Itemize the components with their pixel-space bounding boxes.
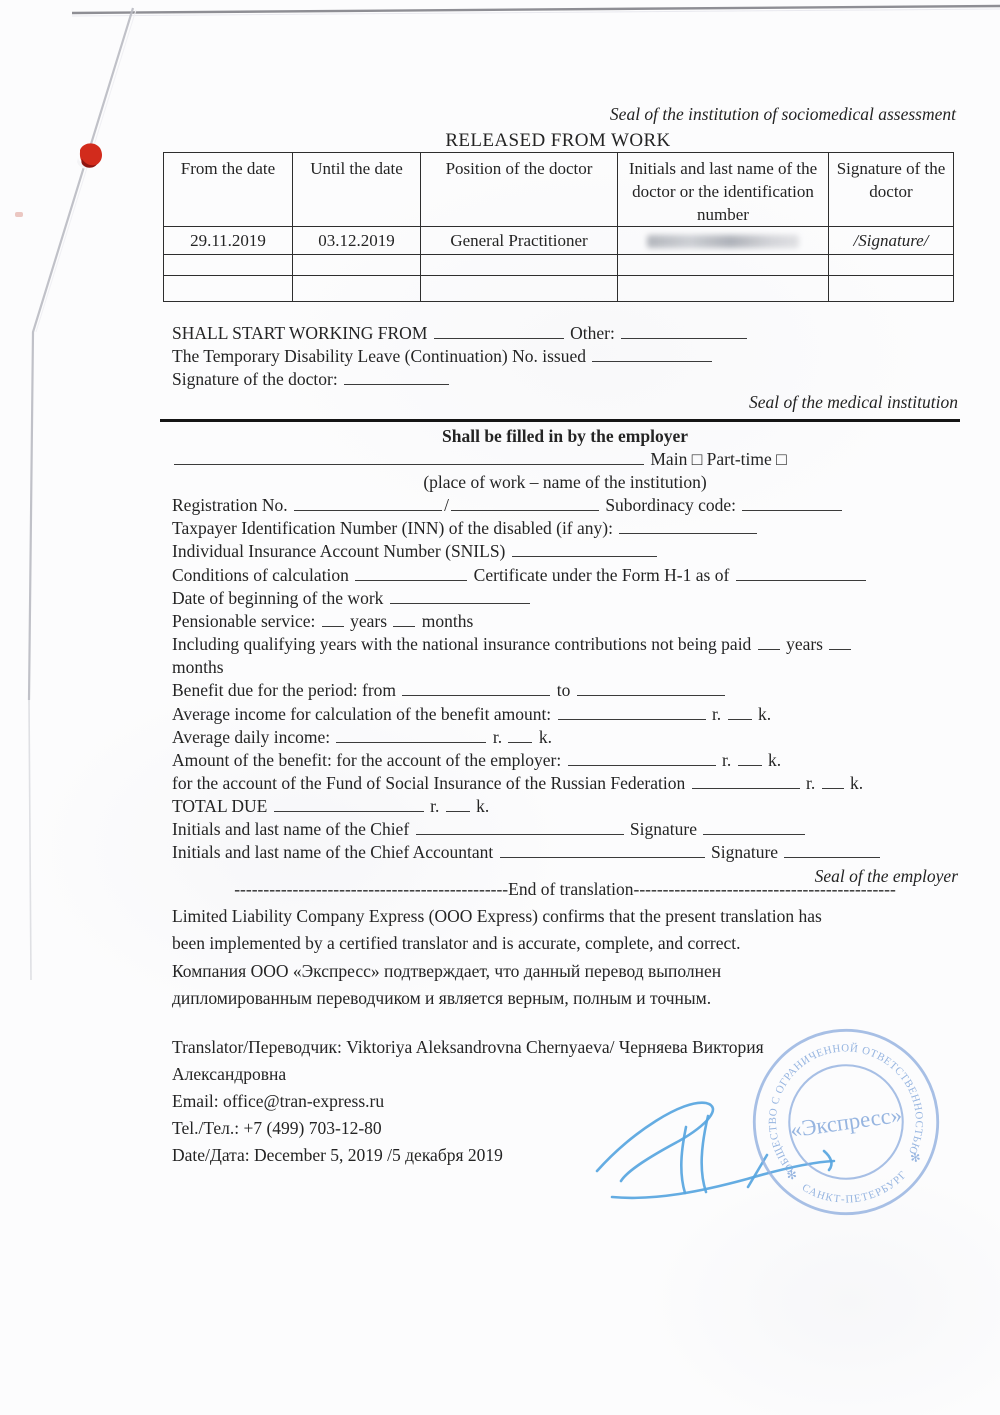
text-segment: Shall be filled in by the employer (442, 426, 688, 446)
text-segment: ----------------------------------------… (234, 879, 896, 899)
text-segment: k. (534, 727, 552, 747)
blank-field (784, 844, 880, 858)
text-segment: Email: office@tran-express.ru (172, 1091, 384, 1111)
blank-field (512, 543, 657, 557)
form-line: Registration No. / Subordinacy code: (172, 494, 958, 517)
table-cell: 29.11.2019 (164, 227, 293, 255)
form-line: Conditions of calculation Certificate un… (172, 564, 958, 587)
text-segment: Subordinacy code: (601, 495, 740, 515)
blank-field (451, 497, 599, 511)
table-cell: /Signature/ (829, 227, 954, 255)
blank-field (393, 613, 415, 627)
blank-field (619, 520, 757, 534)
text-segment: Limited Liability Company Express (OOO E… (172, 906, 822, 926)
form-line: Average daily income: r. k. (172, 726, 958, 749)
form-line: for the account of the Fund of Social In… (172, 772, 958, 795)
text-segment: Average income for calculation of the be… (172, 704, 556, 724)
text-segment: Conditions of calculation (172, 565, 353, 585)
released-table: From the dateUntil the datePosition of t… (163, 152, 954, 302)
table-header-cell: Until the date (293, 153, 421, 227)
form-line: Shall be filled in by the employer (172, 425, 958, 448)
blank-field (322, 613, 344, 627)
blank-field (558, 706, 706, 720)
text-segment: Average daily income: (172, 727, 334, 747)
form-line: Initials and last name of the Chief Sign… (172, 818, 958, 841)
form-line: Limited Liability Company Express (OOO E… (172, 903, 958, 930)
table-cell (618, 276, 829, 302)
stamp-ring-bottom-text: САНКТ-ПЕТЕРБУРГ (799, 1167, 913, 1212)
text-segment: Other: (566, 323, 619, 343)
form-line: Taxpayer Identification Number (INN) of … (172, 517, 958, 540)
blank-field (692, 775, 800, 789)
form-line: TOTAL DUE r. k. (172, 795, 958, 818)
form-line: Date of beginning of the work (172, 587, 958, 610)
blank-field (738, 752, 762, 766)
blank-field (294, 497, 442, 511)
form-line: Pensionable service: years months (172, 610, 958, 633)
text-segment: Certificate under the Form H-1 as of (469, 565, 733, 585)
text-segment: Initials and last name of the Chief (172, 819, 414, 839)
form-line: Benefit due for the period: from to (172, 679, 958, 702)
stamp-star-right-icon: ✻ (909, 1150, 921, 1165)
blank-field (592, 348, 712, 362)
text-segment: months (417, 611, 473, 631)
text-segment: months (172, 657, 224, 677)
form-line: SHALL START WORKING FROM Other: (172, 322, 958, 345)
table-row (164, 276, 954, 302)
form-line: months (172, 656, 958, 679)
page-top-edge (72, 6, 1000, 13)
blank-field (390, 590, 530, 604)
table-row (164, 255, 954, 276)
form-block: SHALL START WORKING FROM Other: The Temp… (172, 322, 958, 888)
form-line: Компания ООО «Экспресс» подтверждает, чт… (172, 958, 958, 985)
table-header-cell: Position of the doctor (421, 153, 618, 227)
pink-speck (15, 212, 23, 217)
blank-field (508, 729, 532, 743)
blank-field (344, 371, 449, 385)
table-header-row: From the dateUntil the datePosition of t… (164, 153, 954, 227)
form-line: дипломированным переводчиком и является … (172, 985, 958, 1012)
table-cell (421, 255, 618, 276)
express-stamp: ОБЩЕСТВО С ОГРАНИЧЕННОЙ ОТВЕТСТВЕННОСТЬЮ… (729, 1005, 964, 1240)
text-segment: / (444, 495, 449, 515)
text-segment: r. (426, 796, 444, 816)
text-segment: k. (764, 750, 782, 770)
form-line: Signature of the doctor: (172, 368, 958, 391)
blank-field (728, 706, 752, 720)
blank-field (568, 752, 716, 766)
text-segment: r. (718, 750, 736, 770)
table-cell (829, 255, 954, 276)
blank-field (577, 682, 725, 696)
table-cell (293, 255, 421, 276)
text-segment: to (552, 680, 574, 700)
text-segment: years (346, 611, 392, 631)
table-header-cell: Signature of the doctor (829, 153, 954, 227)
text-segment: k. (846, 773, 864, 793)
stamp-star-left-icon: ✻ (786, 1168, 798, 1183)
end-of-translation-divider: ----------------------------------------… (172, 876, 958, 903)
table-cell (618, 255, 829, 276)
form-line: been implemented by a certified translat… (172, 930, 958, 957)
stamp-center-text: «Экспресс» (789, 1102, 904, 1142)
text-segment: Taxpayer Identification Number (INN) of … (172, 518, 617, 538)
text-segment: дипломированным переводчиком и является … (172, 988, 711, 1008)
blank-field (742, 497, 842, 511)
text-segment: Signature (707, 842, 783, 862)
blank-field (758, 636, 780, 650)
text-segment: for the account of the Fund of Social In… (172, 773, 690, 793)
text-segment: Registration No. (172, 495, 292, 515)
text-segment: k. (472, 796, 490, 816)
text-segment: Translator/Переводчик: Viktoriya Aleksan… (172, 1037, 764, 1057)
text-segment: Individual Insurance Account Number (SNI… (172, 541, 510, 561)
blank-field (703, 821, 805, 835)
text-segment: r. (708, 704, 726, 724)
blank-field (829, 636, 851, 650)
text-segment: Date of beginning of the work (172, 588, 388, 608)
text-segment: Signature of the doctor: (172, 369, 342, 389)
text-segment: Signature (626, 819, 702, 839)
blank-field (336, 729, 486, 743)
form-line: Individual Insurance Account Number (SNI… (172, 540, 958, 563)
text-segment: (place of work – name of the institution… (423, 472, 706, 492)
text-segment: Date/Дата: December 5, 2019 /5 декабря 2… (172, 1145, 503, 1165)
table-cell: General Practitioner (421, 227, 618, 255)
released-from-work-title: RELEASED FROM WORK (163, 130, 953, 152)
redacted-doctor-name (647, 235, 799, 248)
form-line: The Temporary Disability Leave (Continua… (172, 345, 958, 368)
form-line: (place of work – name of the institution… (172, 471, 958, 494)
table-header-cell: From the date (164, 153, 293, 227)
blank-field (621, 325, 747, 339)
text-segment: Initials and last name of the Chief Acco… (172, 842, 498, 862)
text-segment: The Temporary Disability Leave (Continua… (172, 346, 590, 366)
form-line: Seal of the medical institution (172, 391, 958, 414)
text-segment: r. (802, 773, 820, 793)
seal-note-sociomedical: Seal of the institution of sociomedical … (0, 104, 956, 125)
text-segment: r. (488, 727, 506, 747)
blank-field (355, 567, 467, 581)
blank-field (402, 682, 550, 696)
section-divider-rule (160, 419, 960, 422)
form-line: Average income for calculation of the be… (172, 703, 958, 726)
table-cell (421, 276, 618, 302)
blank-field (174, 451, 644, 465)
table-cell (829, 276, 954, 302)
text-segment: SHALL START WORKING FROM (172, 323, 432, 343)
certification-block: ----------------------------------------… (172, 876, 958, 1012)
blank-field (446, 798, 470, 812)
red-seal-mark (77, 143, 102, 168)
table-row: 29.11.201903.12.2019General Practitioner… (164, 227, 954, 255)
text-segment: years (782, 634, 828, 654)
text-segment: Tel./Тел.: +7 (499) 703-12-80 (172, 1118, 382, 1138)
blank-field (822, 775, 844, 789)
blank-field (434, 325, 564, 339)
text-segment: Pensionable service: (172, 611, 320, 631)
table-header-cell: Initials and last name of the doctor or … (618, 153, 829, 227)
blank-field (500, 844, 705, 858)
form-line: Amount of the benefit: for the account o… (172, 749, 958, 772)
text-segment: been implemented by a certified translat… (172, 933, 741, 953)
text-segment: Александровна (172, 1064, 286, 1084)
blank-field (416, 821, 624, 835)
form-line: Main □ Part-time □ (172, 448, 958, 471)
scanned-document-page: Seal of the institution of sociomedical … (0, 0, 1000, 1415)
blank-field (736, 567, 866, 581)
text-segment: Including qualifying years with the nati… (172, 634, 756, 654)
text-segment: Benefit due for the period: from (172, 680, 400, 700)
form-line: Initials and last name of the Chief Acco… (172, 841, 958, 864)
table-cell (164, 255, 293, 276)
text-segment: TOTAL DUE (172, 796, 272, 816)
text-segment: Seal of the medical institution (749, 392, 958, 412)
blank-field (274, 798, 424, 812)
text-segment: Компания ООО «Экспресс» подтверждает, чт… (172, 961, 721, 981)
table-cell (618, 227, 829, 255)
text-segment: Amount of the benefit: for the account o… (172, 750, 566, 770)
text-segment: Main □ Part-time □ (646, 449, 787, 469)
form-line: Including qualifying years with the nati… (172, 633, 958, 656)
table-cell: 03.12.2019 (293, 227, 421, 255)
table-cell (164, 276, 293, 302)
table-cell (293, 276, 421, 302)
text-segment: k. (754, 704, 772, 724)
